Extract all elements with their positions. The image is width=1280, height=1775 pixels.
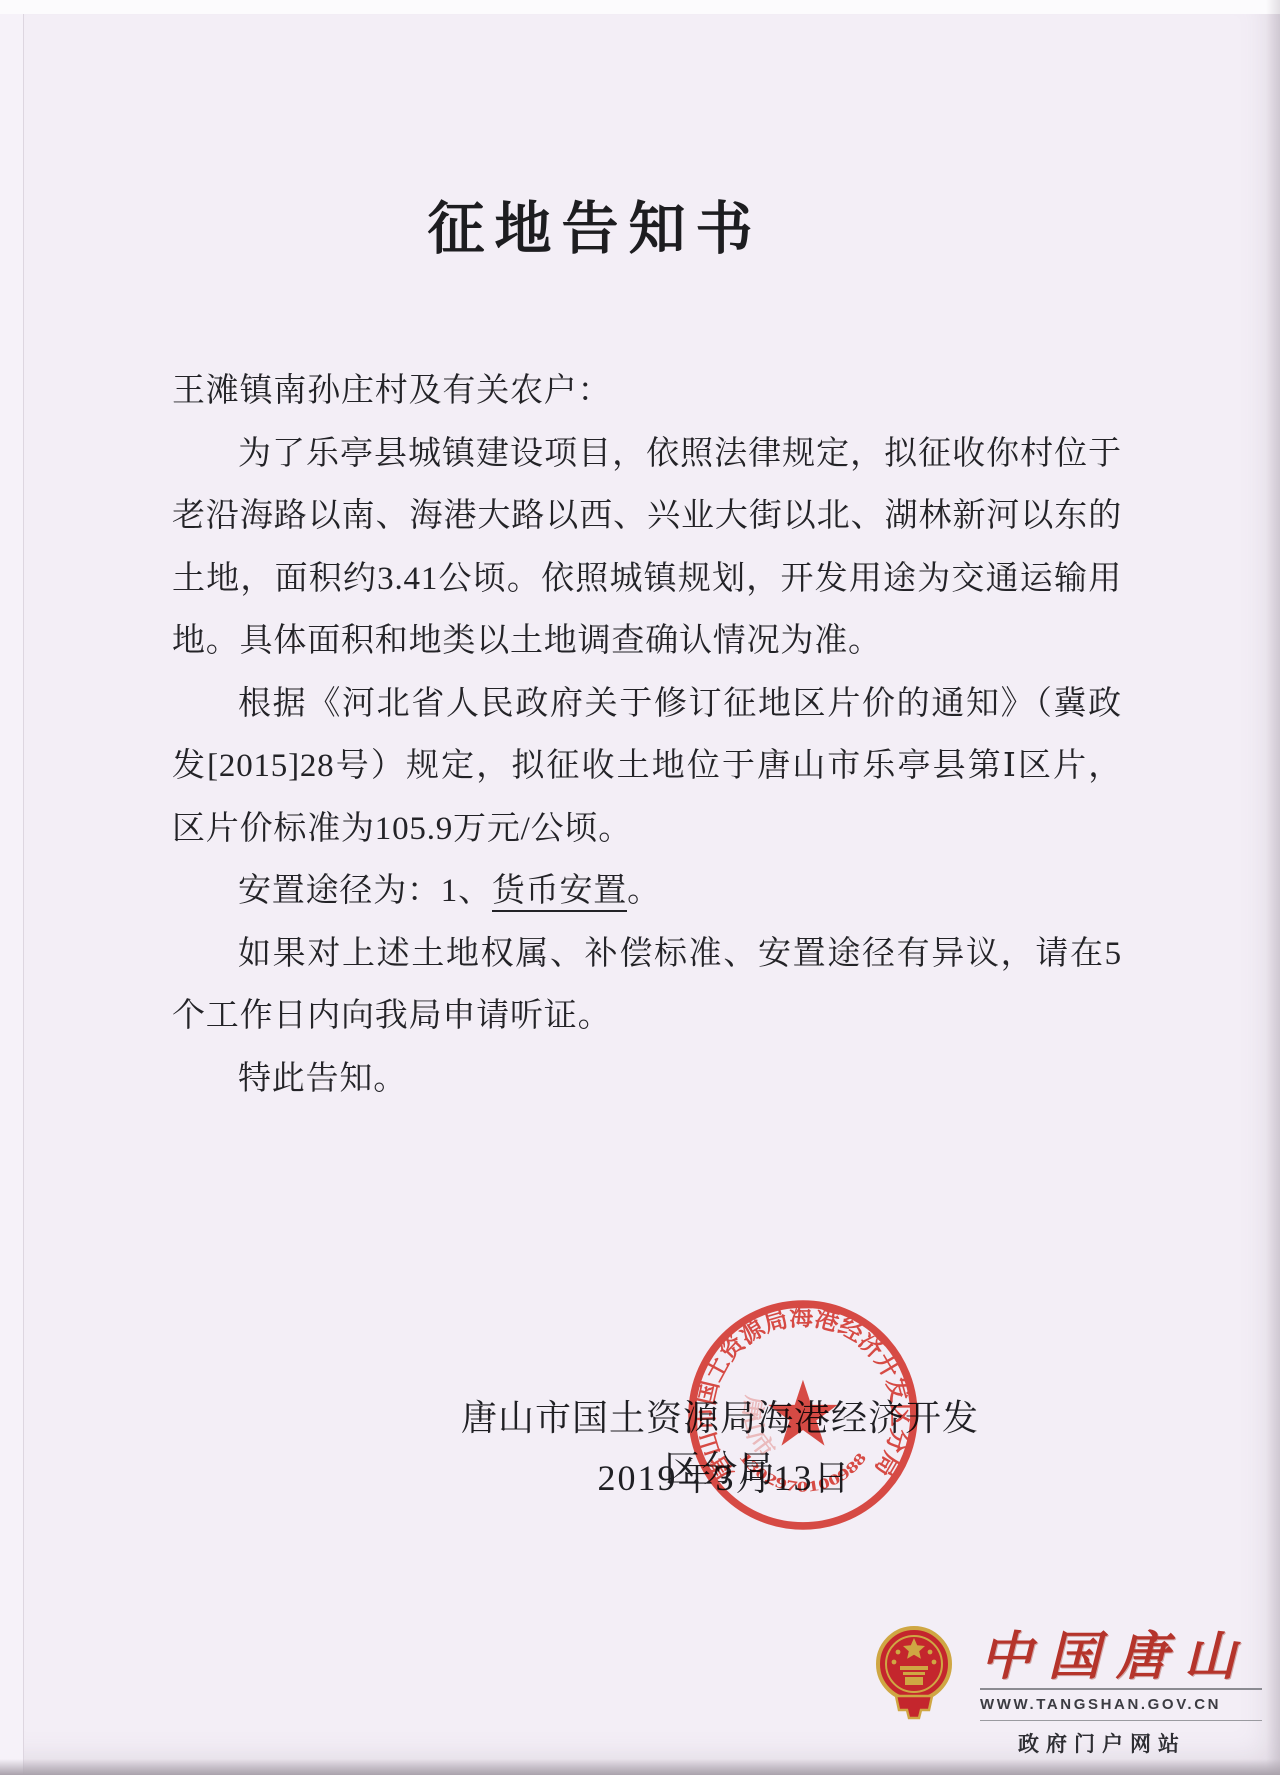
paragraph-policy: 根据《河北省人民政府关于修订征地区片价的通知》（冀政发[2015]28号）规定，…	[172, 673, 1122, 861]
scan-edge-bottom	[0, 1759, 1280, 1775]
salutation: 王滩镇南孙庄村及有关农户：	[172, 360, 1122, 423]
paragraph-closing: 特此告知。	[172, 1048, 1122, 1111]
scan-edge-right	[1266, 0, 1280, 1775]
paragraph-resettlement: 安置途径为：1、货币安置。	[172, 860, 1122, 923]
portal-logo-block: 中国唐山 WWW.TANGSHAN.GOV.CN 政府门户网站	[868, 1612, 1268, 1762]
resettlement-method-underlined: 货币安置	[492, 873, 627, 912]
notice-title: 征地告知书	[45, 183, 1145, 265]
site-tagline: 政府门户网站	[1018, 1728, 1238, 1758]
notice-body: 王滩镇南孙庄村及有关农户： 为了乐亭县城镇建设项目，依照法律规定，拟征收你村位于…	[172, 360, 1122, 1110]
site-url: WWW.TANGSHAN.GOV.CN	[980, 1696, 1262, 1713]
divider	[980, 1688, 1262, 1690]
site-brand: 中国唐山	[980, 1614, 1262, 1689]
national-emblem-icon	[874, 1622, 954, 1722]
paragraph-objection: 如果对上述土地权属、补偿标准、安置途径有异议，请在5个工作日内向我局申请听证。	[172, 923, 1122, 1048]
scan-edge-left	[0, 14, 24, 1775]
divider	[980, 1720, 1262, 1721]
resettlement-prefix: 安置途径为：1、	[238, 873, 492, 909]
resettlement-suffix: 。	[627, 873, 661, 909]
scan-edge-top	[0, 0, 1280, 14]
scanned-paper: 征地告知书 王滩镇南孙庄村及有关农户： 为了乐亭县城镇建设项目，依照法律规定，拟…	[0, 0, 1280, 1775]
scanned-notice-page: { "document": { "title": "征地告知书", "salut…	[0, 0, 1280, 1775]
official-seal-stamp: 唐山市国土资源局海港经济开发区分局 ★ 1302970100988 唐山市国土资…	[684, 1296, 922, 1534]
paragraph-project: 为了乐亭县城镇建设项目，依照法律规定，拟征收你村位于老沿海路以南、海港大路以西、…	[172, 423, 1122, 673]
